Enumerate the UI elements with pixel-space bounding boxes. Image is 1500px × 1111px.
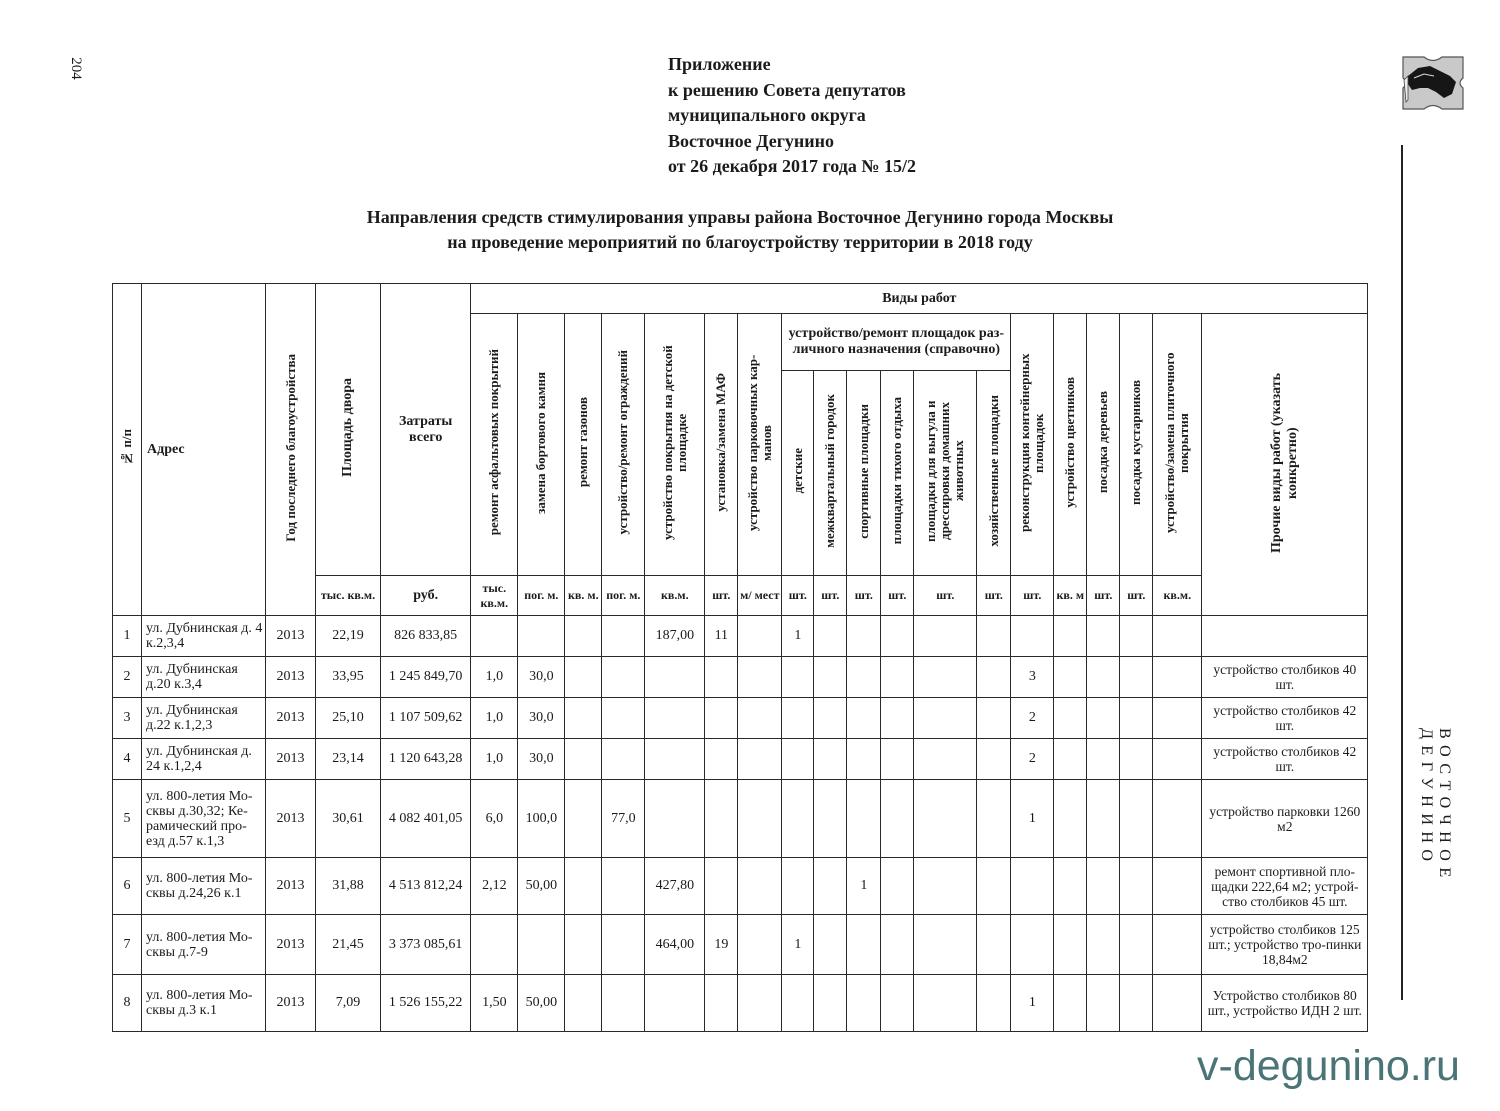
cell-curb: 30,0 xyxy=(518,657,565,698)
cell-area: 23,14 xyxy=(316,739,381,780)
header-asphalt: ремонт асфальтовых покрытий xyxy=(471,314,518,576)
cell-curb: 50,00 xyxy=(518,975,565,1032)
cell-address: ул. 800-летия Мо-сквы д.24,26 к.1 xyxy=(142,858,266,915)
cell-quiet-rest xyxy=(881,915,914,975)
cell-area: 7,09 xyxy=(316,975,381,1032)
cell-interblock xyxy=(814,915,847,975)
unit-cost: руб. xyxy=(381,576,471,616)
cell-asphalt: 1,0 xyxy=(471,657,518,698)
cell-tiles xyxy=(1153,657,1202,698)
cell-area: 33,95 xyxy=(316,657,381,698)
unit-interblock: шт. xyxy=(814,576,847,616)
cell-num: 3 xyxy=(113,698,142,739)
cell-playground-surface: 187,00 xyxy=(645,616,705,657)
cell-lawn xyxy=(565,975,602,1032)
cell-children xyxy=(782,739,814,780)
cell-flowerbeds xyxy=(1054,975,1087,1032)
cell-playground-surface xyxy=(645,739,705,780)
cell-lawn xyxy=(565,780,602,858)
cell-playground-surface xyxy=(645,657,705,698)
cell-playground-surface: 464,00 xyxy=(645,915,705,975)
cell-quiet-rest xyxy=(881,616,914,657)
cell-other: устройство столбиков 125 шт.; устройство… xyxy=(1202,915,1368,975)
cell-maf: 11 xyxy=(705,616,738,657)
cell-sports xyxy=(847,698,881,739)
cell-quiet-rest xyxy=(881,858,914,915)
cell-flowerbeds xyxy=(1054,657,1087,698)
cell-trees xyxy=(1087,616,1120,657)
cell-tiles xyxy=(1153,780,1202,858)
cell-parking-pockets xyxy=(738,915,782,975)
cell-lawn xyxy=(565,915,602,975)
header-area: Площадь двора xyxy=(316,284,381,576)
cell-trees xyxy=(1087,858,1120,915)
cell-address: ул. Дубнинская д.22 к.1,2,3 xyxy=(142,698,266,739)
cell-maf xyxy=(705,975,738,1032)
unit-tiles: кв.м. xyxy=(1153,576,1202,616)
header-other: Прочие виды работ (указать конкретно) xyxy=(1202,314,1368,616)
cell-household xyxy=(977,858,1011,915)
cell-flowerbeds xyxy=(1054,915,1087,975)
cell-shrubs xyxy=(1120,616,1153,657)
cell-playground-surface: 427,80 xyxy=(645,858,705,915)
header-sports: спортивные площадки xyxy=(847,371,881,576)
cell-quiet-rest xyxy=(881,975,914,1032)
appendix-line: Приложение xyxy=(668,52,916,78)
district-emblem-icon xyxy=(1400,54,1466,112)
cell-asphalt xyxy=(471,616,518,657)
cell-address: ул. 800-летия Мо-сквы д.3 к.1 xyxy=(142,975,266,1032)
header-dog-walking: площадки для выгула и дрессировки домашн… xyxy=(914,371,977,576)
header-sites-group: устройство/ремонт площадок раз-личного н… xyxy=(782,314,1011,371)
cell-parking-pockets xyxy=(738,698,782,739)
cell-household xyxy=(977,975,1011,1032)
cell-year: 2013 xyxy=(266,975,316,1032)
cell-fence xyxy=(602,739,645,780)
header-cost: Затраты всего xyxy=(381,284,471,576)
cell-container: 1 xyxy=(1011,780,1054,858)
cell-fence xyxy=(602,657,645,698)
cell-asphalt: 6,0 xyxy=(471,780,518,858)
cell-parking-pockets xyxy=(738,858,782,915)
header-flowerbeds: устройство цветников xyxy=(1054,314,1087,576)
cell-dog-walking xyxy=(914,975,977,1032)
cell-maf xyxy=(705,858,738,915)
cell-other: устройство парковки 1260 м2 xyxy=(1202,780,1368,858)
cell-trees xyxy=(1087,780,1120,858)
cell-tiles xyxy=(1153,915,1202,975)
cell-parking-pockets xyxy=(738,780,782,858)
cell-trees xyxy=(1087,657,1120,698)
unit-children: шт. xyxy=(782,576,814,616)
cell-quiet-rest xyxy=(881,698,914,739)
cell-address: ул. 800-летия Мо-сквы д.30,32; Ке-рамиче… xyxy=(142,780,266,858)
cell-other xyxy=(1202,616,1368,657)
cell-lawn xyxy=(565,858,602,915)
header-interblock: межквартальный городок xyxy=(814,371,847,576)
cell-children xyxy=(782,698,814,739)
cell-area: 22,19 xyxy=(316,616,381,657)
cell-tiles xyxy=(1153,616,1202,657)
cell-cost: 1 107 509,62 xyxy=(381,698,471,739)
cell-fence xyxy=(602,858,645,915)
cell-shrubs xyxy=(1120,780,1153,858)
cell-flowerbeds xyxy=(1054,858,1087,915)
cell-lawn xyxy=(565,698,602,739)
cell-dog-walking xyxy=(914,657,977,698)
cell-lawn xyxy=(565,739,602,780)
cell-container: 2 xyxy=(1011,698,1054,739)
header-year: Год последнего благоустройства xyxy=(266,284,316,616)
cell-interblock xyxy=(814,616,847,657)
cell-num: 5 xyxy=(113,780,142,858)
cell-curb xyxy=(518,616,565,657)
cell-household xyxy=(977,698,1011,739)
cell-fence xyxy=(602,698,645,739)
cell-shrubs xyxy=(1120,975,1153,1032)
cell-lawn xyxy=(565,616,602,657)
cell-shrubs xyxy=(1120,657,1153,698)
unit-container: шт. xyxy=(1011,576,1054,616)
cell-children: 1 xyxy=(782,915,814,975)
cell-year: 2013 xyxy=(266,858,316,915)
cell-year: 2013 xyxy=(266,616,316,657)
cell-interblock xyxy=(814,657,847,698)
works-table: № п/п Адрес Год последнего благоустройст… xyxy=(112,283,1368,1032)
cell-year: 2013 xyxy=(266,780,316,858)
cell-container xyxy=(1011,616,1054,657)
cell-container: 3 xyxy=(1011,657,1054,698)
cell-shrubs xyxy=(1120,698,1153,739)
cell-parking-pockets xyxy=(738,739,782,780)
cell-cost: 826 833,85 xyxy=(381,616,471,657)
cell-year: 2013 xyxy=(266,739,316,780)
cell-playground-surface xyxy=(645,698,705,739)
cell-year: 2013 xyxy=(266,698,316,739)
table-row: 2ул. Дубнинская д.20 к.3,4201333,951 245… xyxy=(113,657,1368,698)
cell-num: 4 xyxy=(113,739,142,780)
cell-container xyxy=(1011,915,1054,975)
cell-curb: 100,0 xyxy=(518,780,565,858)
table-row: 3ул. Дубнинская д.22 к.1,2,3201325,101 1… xyxy=(113,698,1368,739)
cell-num: 8 xyxy=(113,975,142,1032)
cell-tiles xyxy=(1153,975,1202,1032)
cell-children xyxy=(782,858,814,915)
appendix-line: Восточное Дегунино xyxy=(668,129,916,155)
cell-shrubs xyxy=(1120,858,1153,915)
header-trees: посадка деревьев xyxy=(1087,314,1120,576)
cell-household xyxy=(977,780,1011,858)
cell-sports xyxy=(847,616,881,657)
header-parking-pockets: устройство парковочных кар-манов xyxy=(738,314,782,576)
cell-trees xyxy=(1087,975,1120,1032)
cell-fence xyxy=(602,975,645,1032)
header-lawn: ремонт газонов xyxy=(565,314,602,576)
unit-quiet-rest: шт. xyxy=(881,576,914,616)
document-title: Направления средств стимулирования управ… xyxy=(270,205,1210,255)
cell-children: 1 xyxy=(782,616,814,657)
cell-maf xyxy=(705,739,738,780)
header-fence: устройство/ремонт ограждений xyxy=(602,314,645,576)
cell-parking-pockets xyxy=(738,975,782,1032)
unit-trees: шт. xyxy=(1087,576,1120,616)
unit-dog-walking: шт. xyxy=(914,576,977,616)
header-household: хозяйственные площадки xyxy=(977,371,1011,576)
cell-fence xyxy=(602,915,645,975)
unit-shrubs: шт. xyxy=(1120,576,1153,616)
cell-asphalt: 1,50 xyxy=(471,975,518,1032)
cell-sports xyxy=(847,739,881,780)
cell-other: устройство столбиков 42 шт. xyxy=(1202,698,1368,739)
header-curb: замена бортового камня xyxy=(518,314,565,576)
table-row: 5ул. 800-летия Мо-сквы д.30,32; Ке-рамич… xyxy=(113,780,1368,858)
cell-trees xyxy=(1087,739,1120,780)
appendix-line: от 26 декабря 2017 года № 15/2 xyxy=(668,154,916,180)
cell-dog-walking xyxy=(914,780,977,858)
cell-maf xyxy=(705,780,738,858)
appendix-line: к решению Совета депутатов xyxy=(668,78,916,104)
cell-quiet-rest xyxy=(881,739,914,780)
header-quiet-rest: площадки тихого отдыха xyxy=(881,371,914,576)
cell-other: Устройство столбиков 80 шт., устройство … xyxy=(1202,975,1368,1032)
cell-num: 6 xyxy=(113,858,142,915)
cell-area: 25,10 xyxy=(316,698,381,739)
cell-area: 31,88 xyxy=(316,858,381,915)
cell-area: 30,61 xyxy=(316,780,381,858)
appendix-line: муниципального округа xyxy=(668,103,916,129)
unit-maf: шт. xyxy=(705,576,738,616)
cell-household xyxy=(977,657,1011,698)
cell-cost: 1 120 643,28 xyxy=(381,739,471,780)
cell-address: ул. Дубнинская д.20 к.3,4 xyxy=(142,657,266,698)
table-row: 7ул. 800-летия Мо-сквы д.7-9201321,453 3… xyxy=(113,915,1368,975)
cell-container: 1 xyxy=(1011,975,1054,1032)
table-row: 4ул. Дубнинская д. 24 к.1,2,4201323,141 … xyxy=(113,739,1368,780)
cell-shrubs xyxy=(1120,739,1153,780)
cell-year: 2013 xyxy=(266,657,316,698)
unit-curb: пог. м. xyxy=(518,576,565,616)
cell-curb: 50,00 xyxy=(518,858,565,915)
cell-tiles xyxy=(1153,698,1202,739)
table-row: 1ул. Дубнинская д. 4 к.2,3,4201322,19826… xyxy=(113,616,1368,657)
unit-fence: пог. м. xyxy=(602,576,645,616)
cell-interblock xyxy=(814,698,847,739)
header-children: детские xyxy=(782,371,814,576)
unit-playground-surface: кв.м. xyxy=(645,576,705,616)
cell-other: ремонт спортивной пло-щадки 222,64 м2; у… xyxy=(1202,858,1368,915)
cell-playground-surface xyxy=(645,975,705,1032)
cell-sports xyxy=(847,657,881,698)
cell-lawn xyxy=(565,657,602,698)
cell-interblock xyxy=(814,975,847,1032)
cell-other: устройство столбиков 40 шт. xyxy=(1202,657,1368,698)
page-number: 204 xyxy=(67,57,84,80)
cell-other: устройство столбиков 42 шт. xyxy=(1202,739,1368,780)
cell-dog-walking xyxy=(914,739,977,780)
header-playground-surface: устройство покрытия на детской площадке xyxy=(645,314,705,576)
cell-sports xyxy=(847,780,881,858)
unit-lawn: кв. м. xyxy=(565,576,602,616)
cell-flowerbeds xyxy=(1054,616,1087,657)
cell-cost: 1 526 155,22 xyxy=(381,975,471,1032)
title-line-1: Направления средств стимулирования управ… xyxy=(270,205,1210,230)
header-tiles: устройство/замена плиточного покрытия xyxy=(1153,314,1202,576)
cell-maf: 19 xyxy=(705,915,738,975)
cell-household xyxy=(977,915,1011,975)
unit-flowerbeds: кв. м xyxy=(1054,576,1087,616)
cell-household xyxy=(977,739,1011,780)
cell-container: 2 xyxy=(1011,739,1054,780)
cell-tiles xyxy=(1153,739,1202,780)
cell-interblock xyxy=(814,780,847,858)
cell-sports xyxy=(847,975,881,1032)
table-header: № п/п Адрес Год последнего благоустройст… xyxy=(113,284,1368,616)
cell-trees xyxy=(1087,698,1120,739)
cell-children xyxy=(782,657,814,698)
unit-household: шт. xyxy=(977,576,1011,616)
cell-flowerbeds xyxy=(1054,698,1087,739)
header-container: реконструкция контейнерных площадок xyxy=(1011,314,1054,576)
cell-address: ул. Дубнинская д. 24 к.1,2,4 xyxy=(142,739,266,780)
cell-curb: 30,0 xyxy=(518,739,565,780)
cell-playground-surface xyxy=(645,780,705,858)
cell-dog-walking xyxy=(914,698,977,739)
title-line-2: на проведение мероприятий по благоустрой… xyxy=(270,230,1210,255)
cell-dog-walking xyxy=(914,915,977,975)
unit-sports: шт. xyxy=(847,576,881,616)
cell-shrubs xyxy=(1120,915,1153,975)
cell-address: ул. Дубнинская д. 4 к.2,3,4 xyxy=(142,616,266,657)
cell-sports: 1 xyxy=(847,858,881,915)
header-maf: установка/замена МАФ xyxy=(705,314,738,576)
cell-num: 1 xyxy=(113,616,142,657)
cell-cost: 3 373 085,61 xyxy=(381,915,471,975)
cell-flowerbeds xyxy=(1054,739,1087,780)
cell-cost: 4 513 812,24 xyxy=(381,858,471,915)
cell-interblock xyxy=(814,739,847,780)
cell-fence: 77,0 xyxy=(602,780,645,858)
header-shrubs: посадка кустарников xyxy=(1120,314,1153,576)
header-address: Адрес xyxy=(142,284,266,616)
side-label: ВОСТОЧНОЕ ДЕГУНИНО xyxy=(1393,728,1453,1008)
cell-quiet-rest xyxy=(881,657,914,698)
cell-children xyxy=(782,780,814,858)
cell-fence xyxy=(602,616,645,657)
header-works-group: Виды работ xyxy=(471,284,1368,314)
cell-flowerbeds xyxy=(1054,780,1087,858)
appendix-header: Приложение к решению Совета депутатов му… xyxy=(668,52,916,180)
cell-parking-pockets xyxy=(738,657,782,698)
cell-num: 7 xyxy=(113,915,142,975)
cell-tiles xyxy=(1153,858,1202,915)
cell-year: 2013 xyxy=(266,915,316,975)
cell-asphalt: 1,0 xyxy=(471,698,518,739)
cell-dog-walking xyxy=(914,616,977,657)
cell-container xyxy=(1011,858,1054,915)
cell-cost: 4 082 401,05 xyxy=(381,780,471,858)
cell-curb xyxy=(518,915,565,975)
cell-trees xyxy=(1087,915,1120,975)
table-row: 6ул. 800-летия Мо-сквы д.24,26 к.1201331… xyxy=(113,858,1368,915)
table-row: 8ул. 800-летия Мо-сквы д.3 к.120137,091 … xyxy=(113,975,1368,1032)
table-body: 1ул. Дубнинская д. 4 к.2,3,4201322,19826… xyxy=(113,616,1368,1032)
cell-asphalt: 2,12 xyxy=(471,858,518,915)
watermark: v-degunino.ru xyxy=(1197,1042,1460,1091)
cell-children xyxy=(782,975,814,1032)
unit-asphalt: тыс. кв.м. xyxy=(471,576,518,616)
header-num: № п/п xyxy=(113,284,142,616)
cell-address: ул. 800-летия Мо-сквы д.7-9 xyxy=(142,915,266,975)
cell-household xyxy=(977,616,1011,657)
cell-interblock xyxy=(814,858,847,915)
cell-num: 2 xyxy=(113,657,142,698)
cell-cost: 1 245 849,70 xyxy=(381,657,471,698)
cell-asphalt: 1,0 xyxy=(471,739,518,780)
cell-curb: 30,0 xyxy=(518,698,565,739)
unit-area: тыс. кв.м. xyxy=(316,576,381,616)
cell-asphalt xyxy=(471,915,518,975)
cell-maf xyxy=(705,698,738,739)
cell-maf xyxy=(705,657,738,698)
cell-sports xyxy=(847,915,881,975)
cell-parking-pockets xyxy=(738,616,782,657)
cell-area: 21,45 xyxy=(316,915,381,975)
cell-dog-walking xyxy=(914,858,977,915)
cell-quiet-rest xyxy=(881,780,914,858)
unit-parking-pockets: м/ мест xyxy=(738,576,782,616)
